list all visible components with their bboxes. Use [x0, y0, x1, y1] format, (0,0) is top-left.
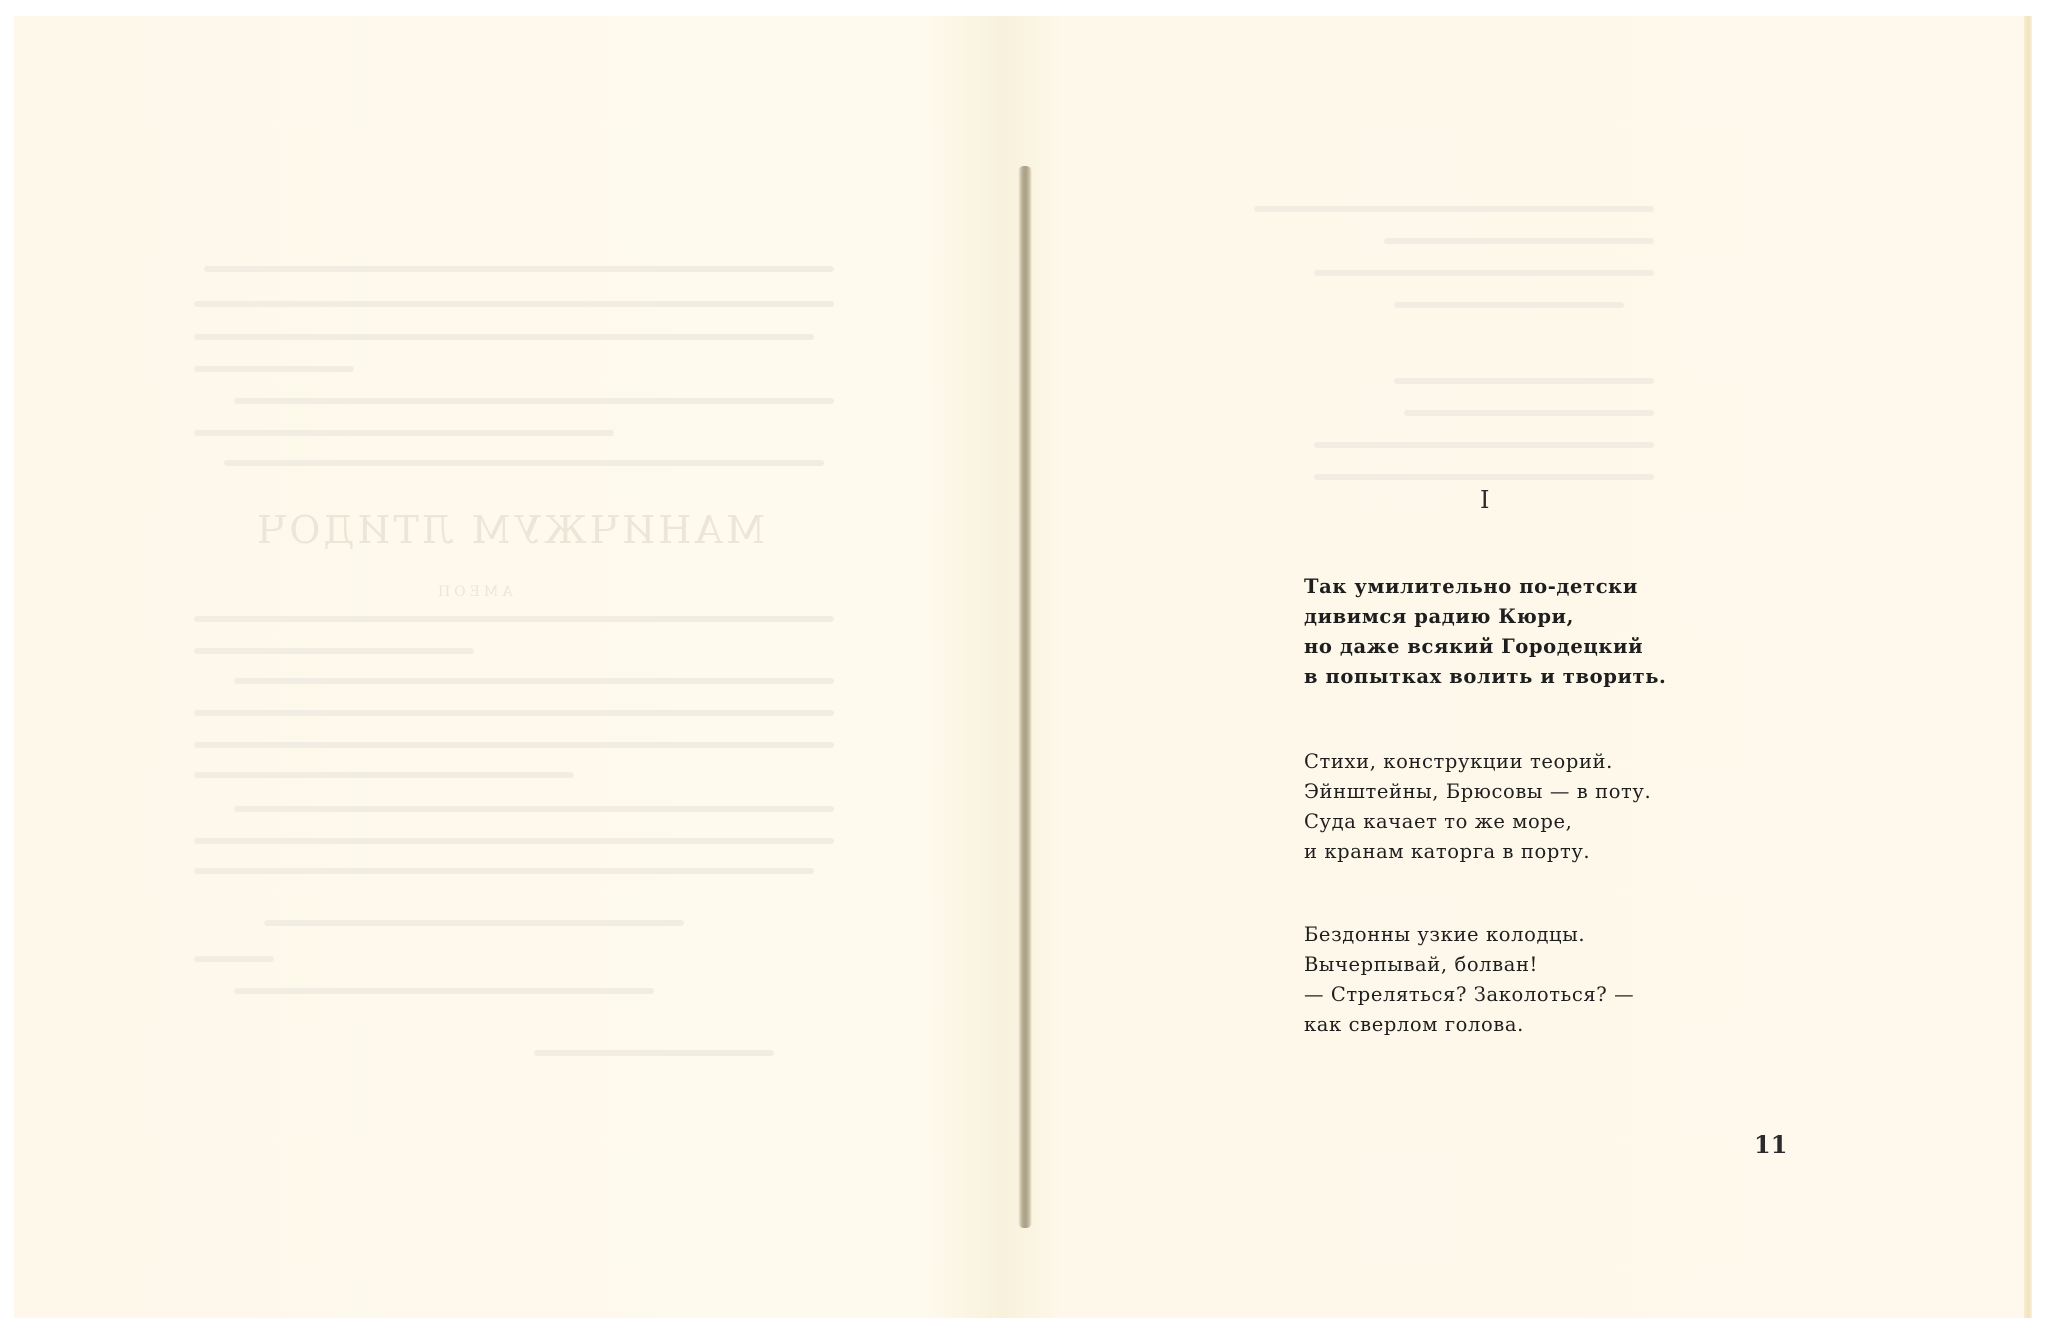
bleed-line — [234, 678, 834, 684]
bleed-line — [194, 868, 814, 874]
bleed-line — [194, 430, 614, 436]
bleed-line — [224, 460, 824, 466]
poem-line: Так умилительно по-детски — [1304, 572, 1666, 602]
book-spine — [1018, 166, 1032, 1228]
bleed-line — [234, 398, 834, 404]
bleed-line — [234, 988, 654, 994]
bleed-line — [1384, 238, 1654, 244]
poem-line: — Стреляться? Заколоться? — — [1304, 980, 1634, 1010]
bleed-line — [1394, 378, 1654, 384]
stanza-3: Бездонны узкие колодцы. Вычерпывай, болв… — [1304, 920, 1634, 1040]
bleed-line — [234, 806, 834, 812]
stanza-2: Стихи, конструкции теорий. Эйнштейны, Бр… — [1304, 747, 1651, 867]
bleed-line — [1404, 410, 1654, 416]
bleed-line — [1314, 442, 1654, 448]
book-spread: МАНИЧЖУМ ЛТИДОЧ АМЕОП I Так умилительно … — [14, 16, 2032, 1318]
bleed-line — [194, 742, 834, 748]
page-number: 11 — [1754, 1130, 1787, 1159]
bleed-line — [1254, 206, 1654, 212]
bleed-line — [264, 920, 684, 926]
bleed-line — [194, 334, 814, 340]
bleed-line — [194, 710, 834, 716]
poem-line: дивимся радию Кюри, — [1304, 602, 1666, 632]
poem-line: как сверлом голова. — [1304, 1010, 1634, 1040]
bleed-line — [204, 266, 834, 272]
page-edge — [2024, 16, 2032, 1318]
stanza-1: Так умилительно по-детски дивимся радию … — [1304, 572, 1666, 692]
bleed-line — [194, 956, 274, 962]
poem-line: Стихи, конструкции теорий. — [1304, 747, 1651, 777]
bleed-line — [534, 1050, 774, 1056]
bleed-through-subtitle: АМЕОП — [434, 584, 513, 600]
bleed-line — [194, 366, 354, 372]
bleed-line — [194, 616, 834, 622]
bleed-line — [194, 301, 834, 307]
poem-line: Эйнштейны, Брюсовы — в поту. — [1304, 777, 1651, 807]
poem-line: Суда качает то же море, — [1304, 807, 1651, 837]
section-number: I — [1480, 486, 1489, 514]
bleed-line — [1394, 302, 1624, 308]
bleed-line — [194, 838, 834, 844]
bleed-line — [1314, 270, 1654, 276]
bleed-through-title: МАНИЧЖУМ ЛТИДОЧ — [254, 508, 765, 552]
poem-line: Бездонны узкие колодцы. — [1304, 920, 1634, 950]
poem-line: в попытках волить и творить. — [1304, 662, 1666, 692]
poem-line: и кранам каторга в порту. — [1304, 837, 1651, 867]
bleed-line — [1314, 474, 1654, 480]
bleed-line — [194, 648, 474, 654]
bleed-line — [194, 772, 574, 778]
poem-line: Вычерпывай, болван! — [1304, 950, 1634, 980]
poem-line: но даже всякий Городецкий — [1304, 632, 1666, 662]
